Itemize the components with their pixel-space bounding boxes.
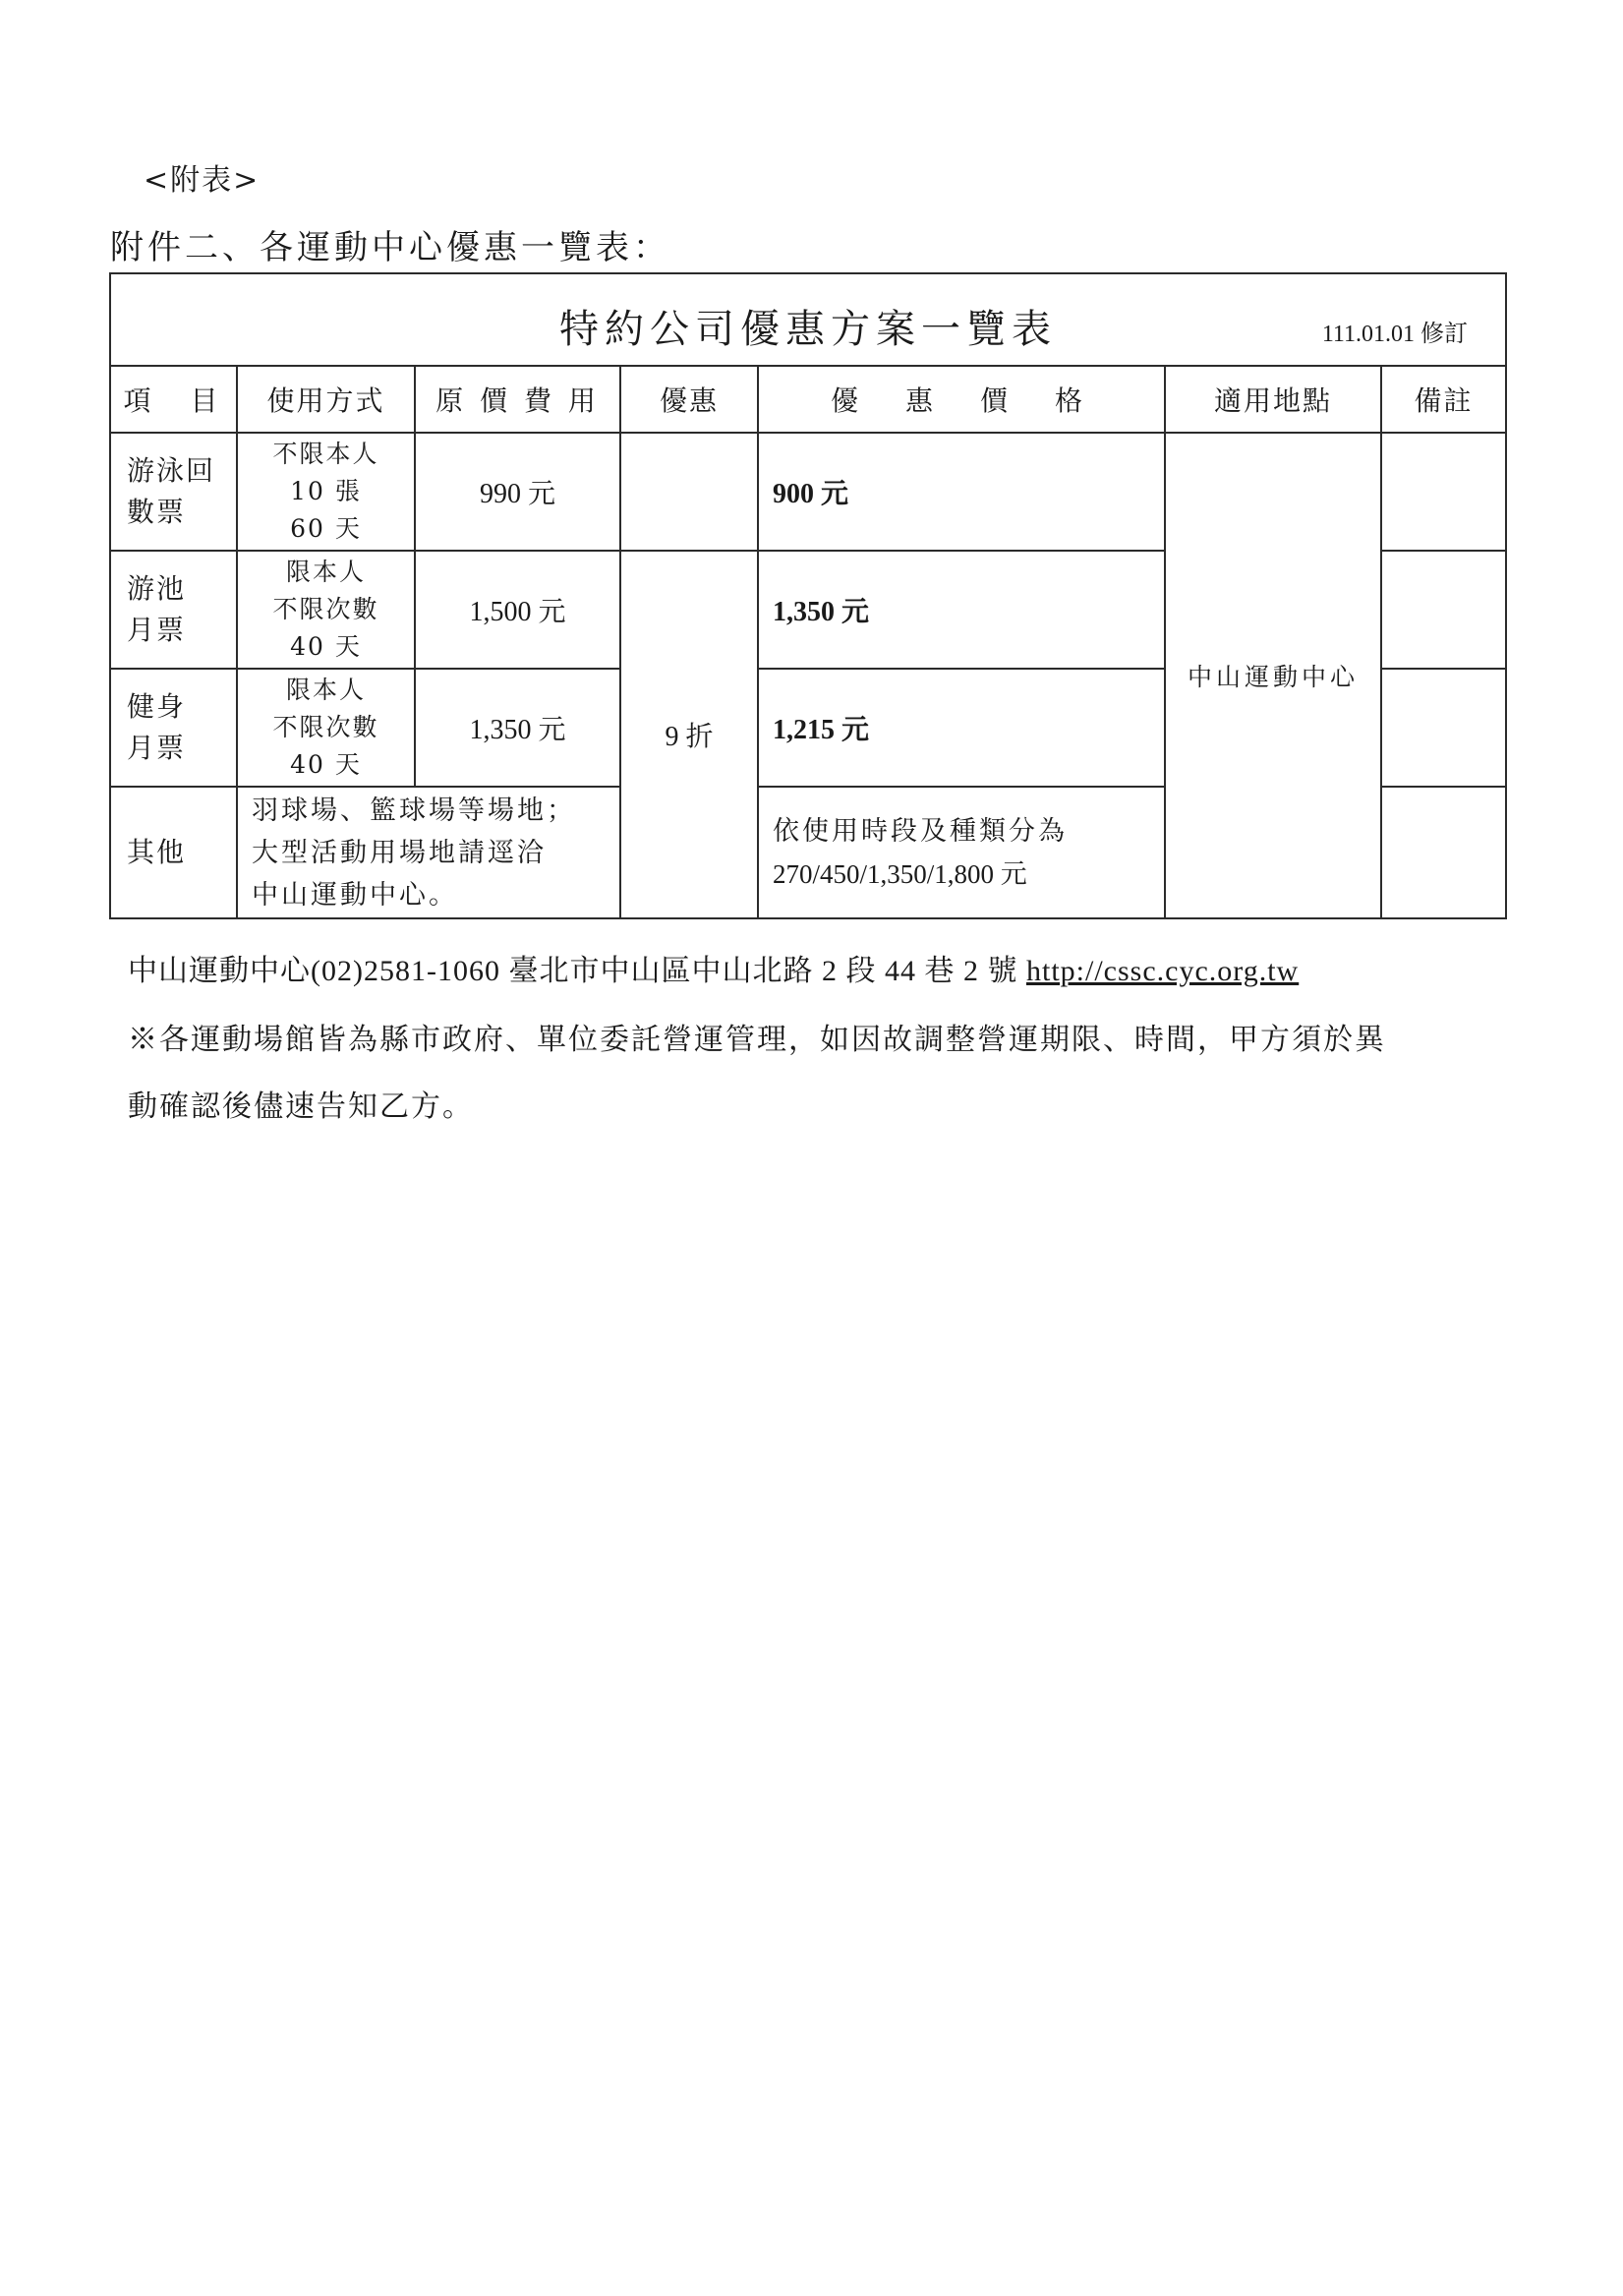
original-price-cell: 990 元 bbox=[415, 433, 620, 551]
item-text: 月票 bbox=[127, 728, 236, 769]
contact-text: 中山運動中心(02)2581-1060 臺北市中山區中山北路 2 段 44 巷 … bbox=[128, 955, 1026, 987]
usage-text: 大型活動用場地請逕洽 bbox=[252, 832, 619, 874]
remark-cell bbox=[1381, 669, 1506, 787]
remark-cell bbox=[1381, 787, 1506, 918]
discount-price-cell: 900 元 bbox=[758, 433, 1165, 551]
table-title: 特約公司優惠方案一覽表 bbox=[111, 298, 1505, 354]
location-cell: 中山運動中心 bbox=[1165, 433, 1381, 918]
remark-cell bbox=[1381, 433, 1506, 551]
discount-cell: 9 折 bbox=[620, 551, 758, 918]
price-text: 依使用時段及種類分為 bbox=[773, 809, 1164, 853]
original-price-cell: 1,350 元 bbox=[415, 669, 620, 787]
usage-text: 限本人 bbox=[238, 672, 414, 709]
usage-text: 羽球場、籃球場等場地； bbox=[252, 790, 619, 832]
usage-text: 60 天 bbox=[238, 510, 414, 548]
section-title: 附件二、各運動中心優惠一覽表： bbox=[110, 220, 670, 268]
usage-cell: 限本人不限次數40 天 bbox=[237, 669, 415, 787]
usage-text: 不限次數 bbox=[238, 591, 414, 628]
usage-cell: 羽球場、籃球場等場地；大型活動用場地請逕洽中山運動中心。 bbox=[237, 787, 620, 918]
usage-text: 中山運動中心。 bbox=[252, 874, 619, 916]
item-cell: 健身月票 bbox=[110, 669, 237, 787]
usage-cell: 不限本人10 張60 天 bbox=[237, 433, 415, 551]
remark-cell bbox=[1381, 551, 1506, 669]
header-discount-price: 優 惠 價 格 bbox=[758, 366, 1165, 433]
usage-text: 40 天 bbox=[238, 746, 414, 784]
discount-price-cell: 1,215 元 bbox=[758, 669, 1165, 787]
table-title-cell: 特約公司優惠方案一覽表 111.01.01 修訂 bbox=[110, 273, 1506, 366]
price-text: 270/450/1,350/1,800 元 bbox=[773, 853, 1164, 896]
item-cell: 其他 bbox=[110, 787, 237, 918]
revision-date: 111.01.01 修訂 bbox=[1322, 314, 1468, 348]
note-line-2: 動確認後儘速告知乙方。 bbox=[128, 1082, 474, 1125]
header-original-price: 原 價 費 用 bbox=[415, 366, 620, 433]
usage-text: 不限次數 bbox=[238, 709, 414, 746]
header-discount: 優惠 bbox=[620, 366, 758, 433]
item-cell: 游泳回數票 bbox=[110, 433, 237, 551]
discount-price-cell: 依使用時段及種類分為270/450/1,350/1,800 元 bbox=[758, 787, 1165, 918]
appendix-label: <附表> bbox=[144, 155, 260, 199]
discount-price-cell: 1,350 元 bbox=[758, 551, 1165, 669]
item-text: 數票 bbox=[127, 492, 236, 533]
header-location: 適用地點 bbox=[1165, 366, 1381, 433]
usage-text: 10 張 bbox=[238, 473, 414, 510]
usage-text: 40 天 bbox=[238, 628, 414, 666]
header-item: 項 目 bbox=[110, 366, 237, 433]
usage-cell: 限本人不限次數40 天 bbox=[237, 551, 415, 669]
header-remark: 備註 bbox=[1381, 366, 1506, 433]
item-cell: 游池月票 bbox=[110, 551, 237, 669]
header-usage: 使用方式 bbox=[237, 366, 415, 433]
offer-table: 特約公司優惠方案一覽表 111.01.01 修訂 項 目 使用方式 原 價 費 … bbox=[109, 272, 1507, 919]
contact-line: 中山運動中心(02)2581-1060 臺北市中山區中山北路 2 段 44 巷 … bbox=[128, 946, 1299, 989]
usage-text: 限本人 bbox=[238, 554, 414, 591]
item-text: 游泳回 bbox=[127, 450, 236, 492]
item-text: 月票 bbox=[127, 610, 236, 651]
usage-text: 不限本人 bbox=[238, 436, 414, 473]
table-row: 游泳回數票 不限本人10 張60 天 990 元 900 元 中山運動中心 bbox=[110, 433, 1506, 551]
note-line-1: ※各運動場館皆為縣市政府、單位委託營運管理，如因故調整營運期限、時間，甲方須於異 bbox=[128, 1015, 1386, 1058]
website-link[interactable]: http://cssc.cyc.org.tw bbox=[1026, 955, 1299, 987]
original-price-cell: 1,500 元 bbox=[415, 551, 620, 669]
discount-empty-cell bbox=[620, 433, 758, 551]
item-text: 游池 bbox=[127, 568, 236, 610]
item-text: 健身 bbox=[127, 686, 236, 728]
header-row: 項 目 使用方式 原 價 費 用 優惠 優 惠 價 格 適用地點 備註 bbox=[110, 366, 1506, 433]
